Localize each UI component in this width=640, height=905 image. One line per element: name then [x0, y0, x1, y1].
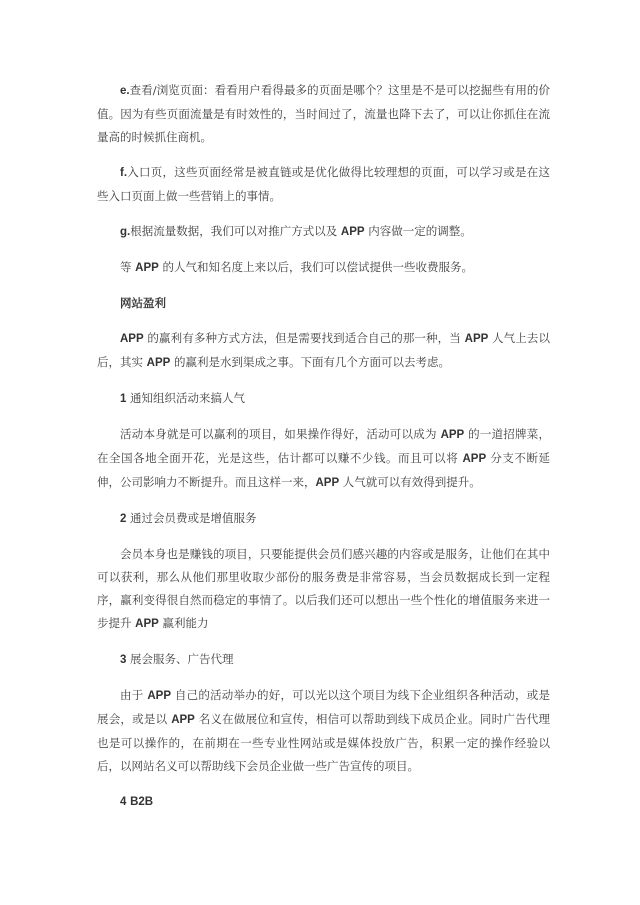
- paragraph: f.入口页，这些页面经常是被直链或是优化做得比较理想的页面，可以学习或是在这些入…: [97, 161, 550, 208]
- subheading: 3 展会服务、广告代理: [97, 648, 550, 672]
- text-run: APP: [465, 333, 489, 345]
- text-run: 通过会员费或是增值服务: [126, 511, 256, 525]
- text-run: APP: [147, 357, 171, 369]
- text-run: 入口页，这些页面经常是被直链或是优化做得比较理想的页面，可以学习或是在这些入口页…: [97, 165, 550, 203]
- text-run: APP: [441, 429, 465, 441]
- text-run: 网站盈利: [120, 296, 166, 310]
- text-run: B2B: [130, 796, 153, 808]
- text-run: APP: [147, 690, 171, 702]
- text-run: e.: [120, 85, 130, 97]
- text-run: 内容做一定的调整。: [365, 224, 472, 238]
- text-run: 的赢利有多种方式方法，但是需要找到适合自己的那一种，当: [144, 331, 465, 345]
- text-run: APP: [120, 333, 144, 345]
- text-run: APP: [135, 618, 159, 630]
- text-run: g.: [120, 226, 130, 238]
- subheading: 4 B2B: [97, 790, 550, 814]
- paragraph: 由于 APP 自己的活动举办的好，可以光以这个项目为线下企业组织各种活动，或是展…: [97, 684, 550, 778]
- text-run: 的赢利是水到渠成之事。下面有几个方面可以去考虑。: [170, 355, 450, 369]
- text-run: 通知组织活动来搞人气: [126, 391, 245, 405]
- paragraph: 等 APP 的人气和知名度上来以后，我们可以偿试提供一些收费服务。: [97, 256, 550, 280]
- text-run: APP: [135, 262, 159, 274]
- text-run: APP: [462, 453, 486, 465]
- text-run: 由于: [120, 688, 147, 702]
- text-run: 等: [120, 260, 135, 274]
- subheading: 2 通过会员费或是增值服务: [97, 507, 550, 531]
- text-run: 活动本身就是可以赢利的项目，如果操作得好，活动可以成为: [120, 427, 441, 441]
- paragraph: 活动本身就是可以赢利的项目，如果操作得好，活动可以成为 APP 的一道招牌菜，在…: [97, 423, 550, 495]
- text-run: 查看/浏览页面：看看用户看得最多的页面是哪个？这里是不是可以挖掘些有用的价值。因…: [97, 83, 550, 144]
- article-body: e.查看/浏览页面：看看用户看得最多的页面是哪个？这里是不是可以挖掘些有用的价值…: [97, 79, 550, 814]
- text-run: f.: [120, 167, 127, 179]
- text-run: 的人气和知名度上来以后，我们可以偿试提供一些收费服务。: [159, 260, 473, 274]
- text-run: 根据流量数据，我们可以对推广方式以及: [130, 224, 341, 238]
- text-run: 赢利能力: [159, 616, 209, 630]
- paragraph: e.查看/浏览页面：看看用户看得最多的页面是哪个？这里是不是可以挖掘些有用的价值…: [97, 79, 550, 149]
- text-run: 展会服务、广告代理: [126, 652, 233, 666]
- subheading: 1 通知组织活动来搞人气: [97, 387, 550, 411]
- paragraph: APP 的赢利有多种方式方法，但是需要找到适合自己的那一种，当 APP 人气上去…: [97, 327, 550, 375]
- text-run: APP: [316, 477, 340, 489]
- article: e.查看/浏览页面：看看用户看得最多的页面是哪个？这里是不是可以挖掘些有用的价值…: [0, 0, 640, 814]
- text-run: APP: [171, 714, 195, 726]
- text-run: APP: [341, 226, 365, 238]
- heading: 网站盈利: [97, 292, 550, 315]
- text-run: 人气就可以有效得到提升。: [339, 475, 481, 489]
- paragraph: 会员本身也是赚钱的项目，只要能提供会员们感兴趣的内容或是服务，让他们在其中可以获…: [97, 543, 550, 636]
- paragraph: g.根据流量数据，我们可以对推广方式以及 APP 内容做一定的调整。: [97, 220, 550, 244]
- page: { "page": { "background": "#ffffff", "te…: [0, 0, 640, 905]
